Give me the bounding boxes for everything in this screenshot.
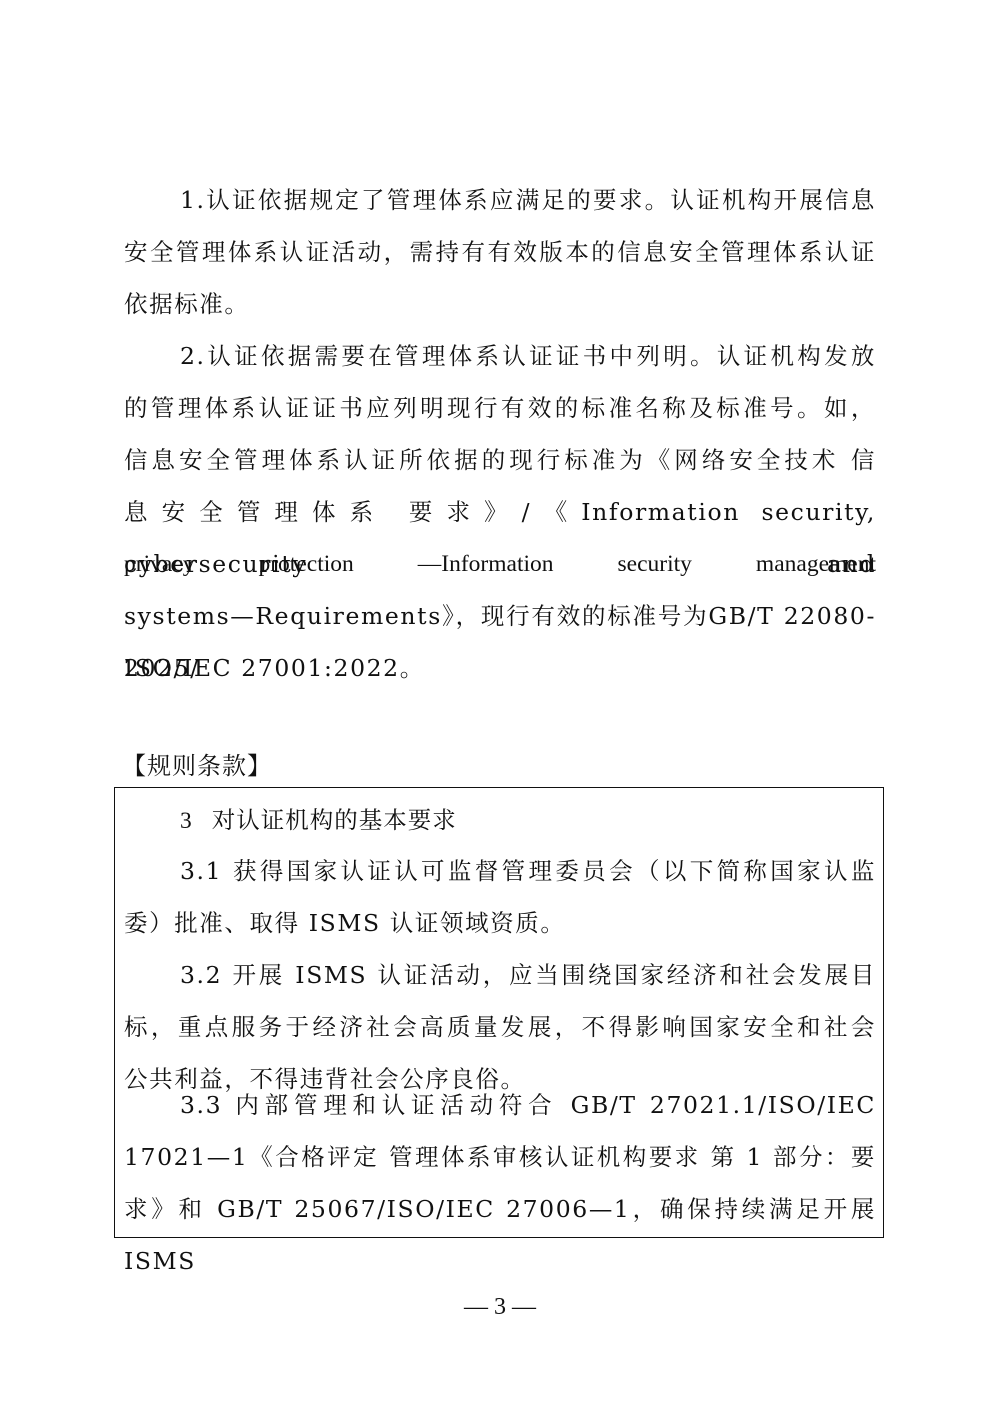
- clause-title-text: 对认证机构的基本要求: [212, 806, 457, 834]
- paragraph-certification-basis-requirements: 1.认证依据规定了管理体系应满足的要求。认证机构开展信息 安全管理体系认证活动，…: [124, 174, 876, 330]
- rules-clause-box: 3对认证机构的基本要求 3.1 获得国家认证认可监督管理委员会（以下简称国家认监…: [114, 787, 884, 1238]
- text-line: 3.1 获得国家认证认可监督管理委员会（以下简称国家认监: [124, 845, 876, 897]
- paragraph-certificate-listing: 2.认证依据需要在管理体系认证证书中列明。认证机构发放 的管理体系认证证书应列明…: [124, 330, 876, 694]
- text-line: 信息安全管理体系认证所依据的现行标准为《网络安全技术 信: [124, 434, 876, 486]
- text-line: 3.2 开展 ISMS 认证活动，应当围绕国家经济和社会发展目: [124, 949, 876, 1001]
- document-page: 1.认证依据规定了管理体系应满足的要求。认证机构开展信息 安全管理体系认证活动，…: [0, 0, 1000, 1414]
- text-line: 标，重点服务于经济社会高质量发展，不得影响国家安全和社会: [124, 1001, 876, 1053]
- rules-heading: 【规则条款】: [122, 744, 272, 788]
- page-number: — 3 —: [0, 1292, 1000, 1322]
- text-line: 求》和 GB/T 25067/ISO/IEC 27006—1，确保持续满足开展 …: [124, 1183, 876, 1235]
- text-line: 依据标准。: [124, 278, 876, 330]
- text-line: ISO/IEC 27001:2022。: [124, 642, 876, 694]
- text-line: 17021—1《合格评定 管理体系审核认证机构要求 第 1 部分：要: [124, 1131, 876, 1183]
- clause-3-3: 3.3 内部管理和认证活动符合 GB/T 27021.1/ISO/IEC 170…: [124, 1079, 876, 1235]
- text-line: 的管理体系认证证书应列明现行有效的标准名称及标准号。如，: [124, 382, 876, 434]
- clause-title: 3对认证机构的基本要求: [180, 798, 457, 843]
- text-line: privacy protection —Information security…: [124, 538, 876, 590]
- clause-3-1: 3.1 获得国家认证认可监督管理委员会（以下简称国家认监 委）批准、取得 ISM…: [124, 845, 876, 949]
- clause-number: 3: [180, 808, 192, 834]
- text-line: 息安全管理体系 要求》/《Information security, cyber…: [124, 486, 876, 538]
- text-line: 2.认证依据需要在管理体系认证证书中列明。认证机构发放: [124, 330, 876, 382]
- text-line: 委）批准、取得 ISMS 认证领域资质。: [124, 897, 876, 949]
- text-line: 1.认证依据规定了管理体系应满足的要求。认证机构开展信息: [124, 174, 876, 226]
- text-line: 3.3 内部管理和认证活动符合 GB/T 27021.1/ISO/IEC: [124, 1079, 876, 1131]
- text-line: systems—Requirements》，现行有效的标准号为GB/T 2208…: [124, 590, 876, 642]
- text-line: 安全管理体系认证活动，需持有有效版本的信息安全管理体系认证: [124, 226, 876, 278]
